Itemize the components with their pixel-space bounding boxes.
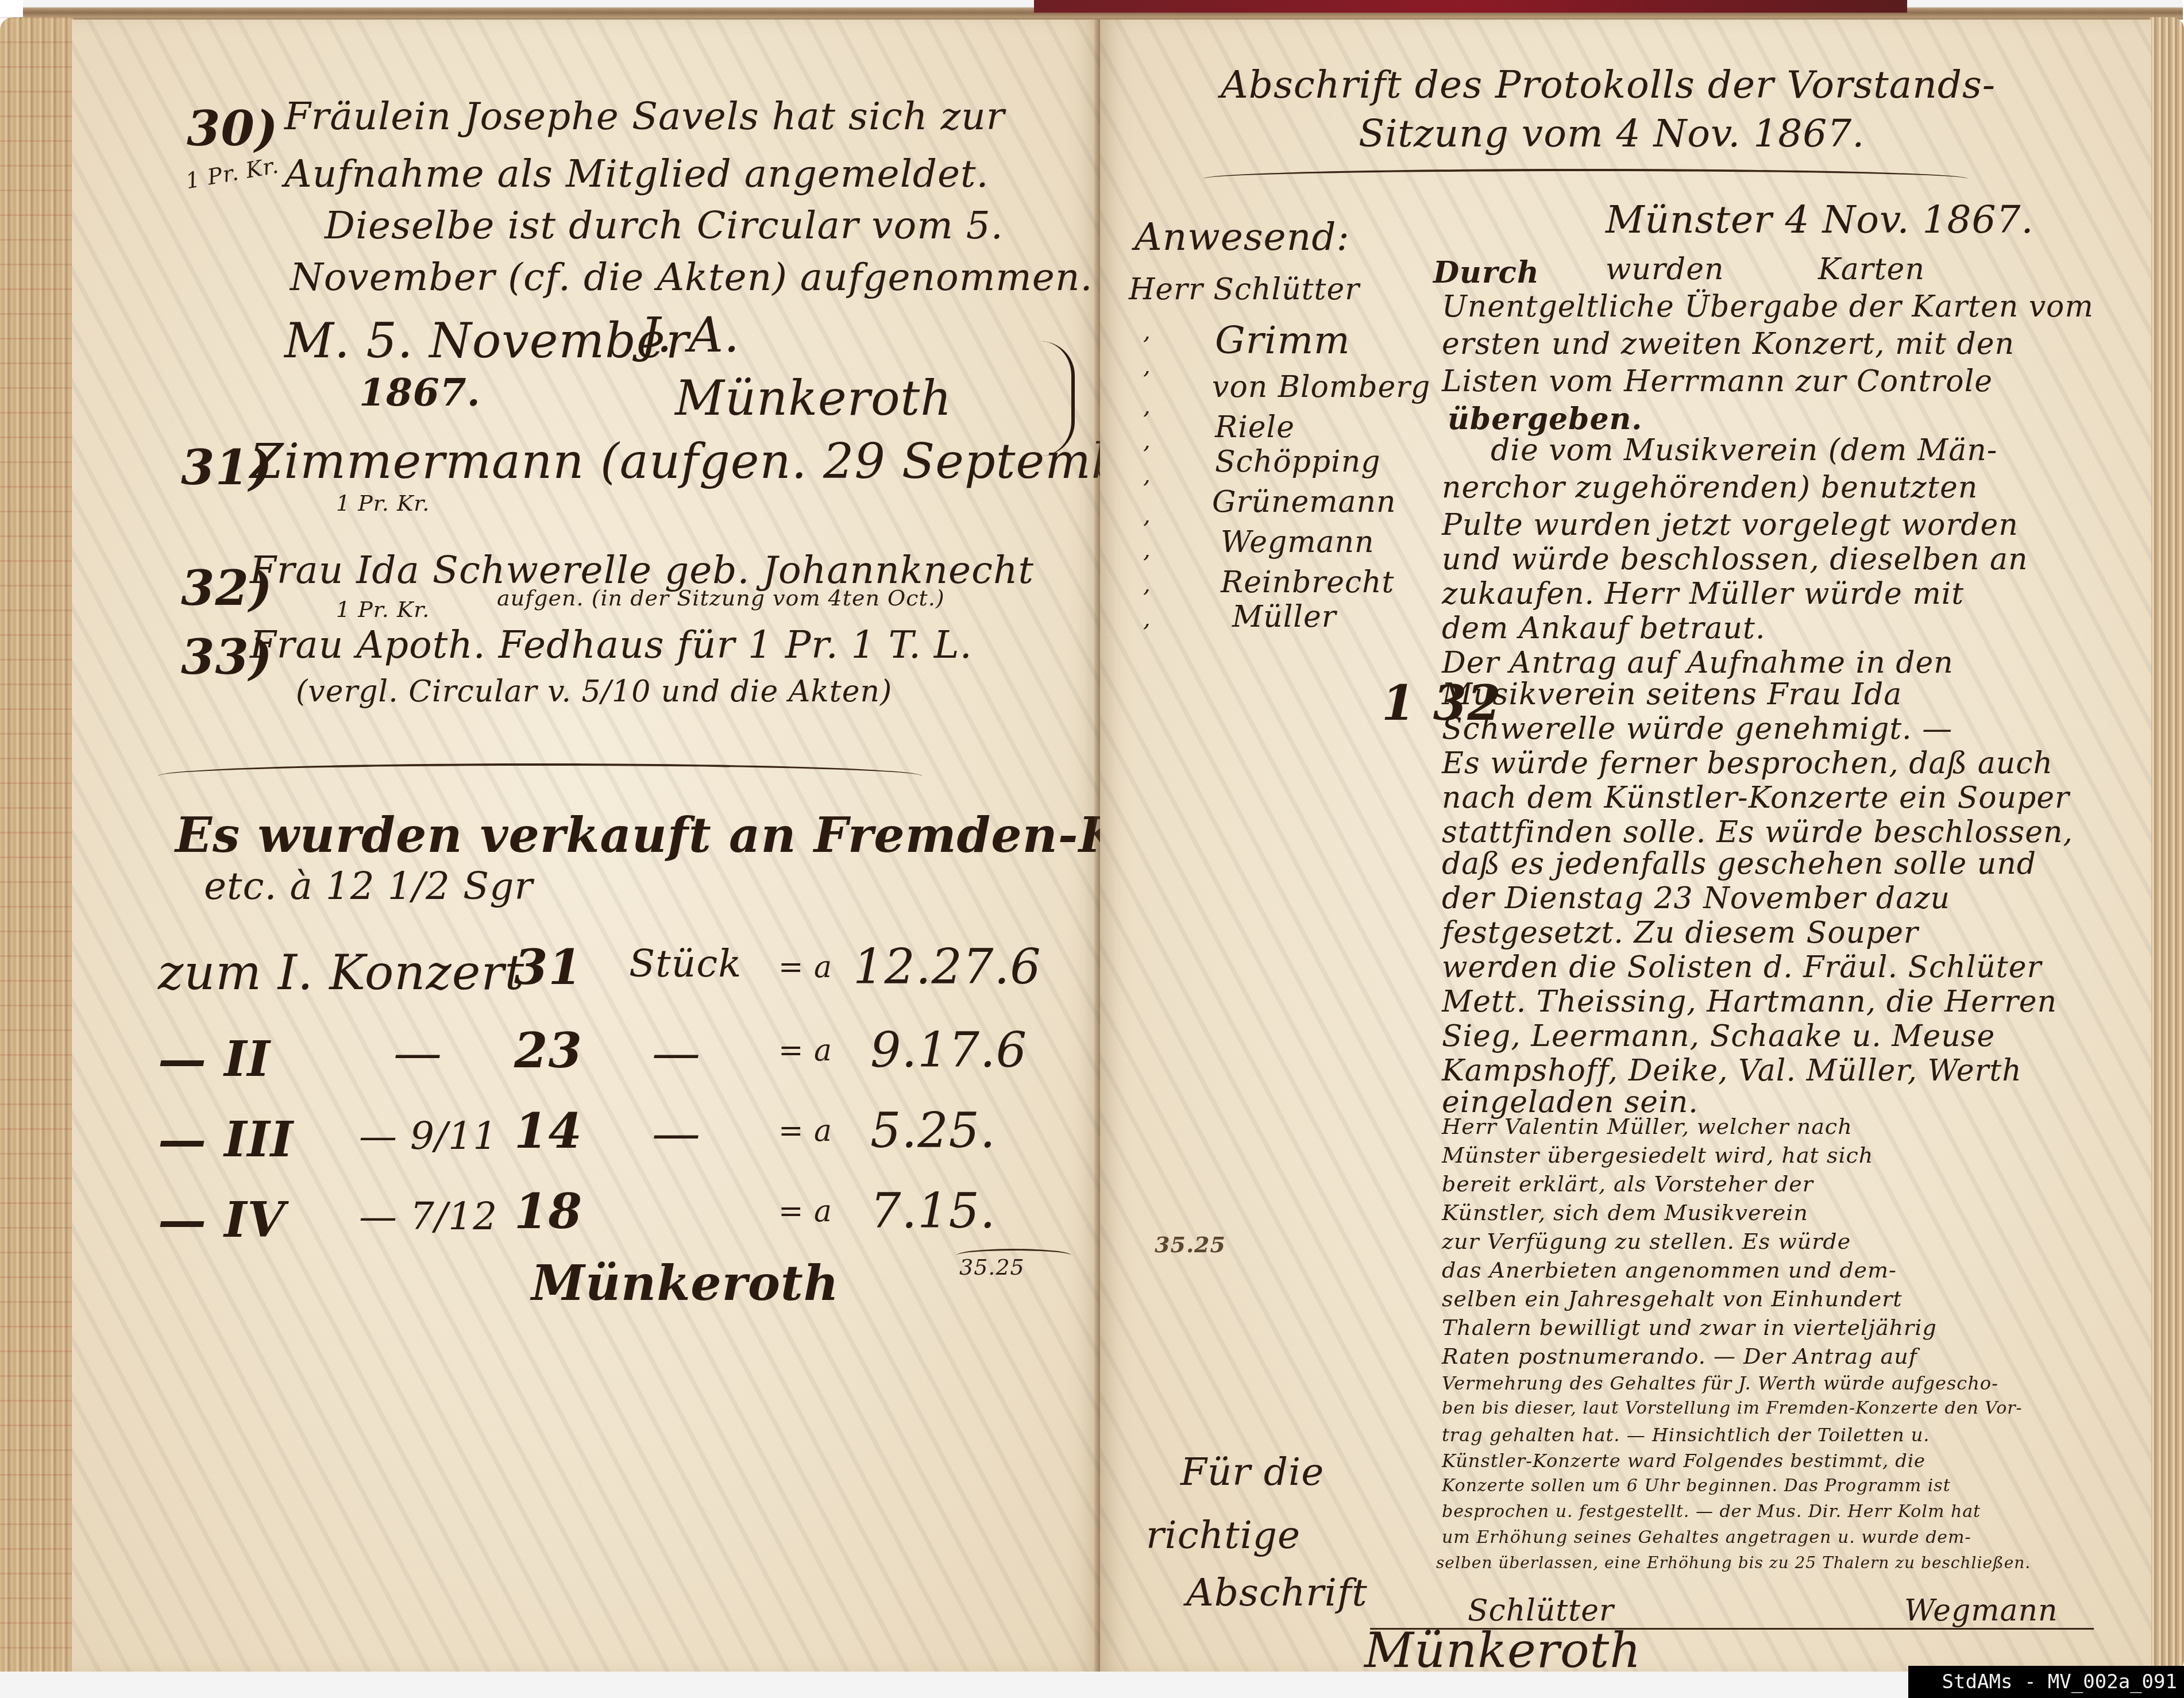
- body-line: festgesetzt. Zu diesem Souper: [1442, 916, 1919, 950]
- equals: = a: [778, 1033, 832, 1068]
- amount: 5.25.: [870, 1102, 996, 1159]
- ticket-count: 31: [514, 939, 582, 995]
- book-page-edges-right: [2150, 17, 2184, 1672]
- body-line: Mett. Theissing, Hartmann, die Herren: [1442, 985, 2057, 1019]
- fraction: — 7/12: [359, 1194, 497, 1238]
- equals: = a: [778, 950, 832, 985]
- present-label: Anwesend:: [1135, 215, 1350, 259]
- left-page: 30) 1 Pr. Kr. Fräulein Josephe Savels ha…: [72, 20, 1100, 1672]
- body-line: zukaufen. Herr Müller würde mit: [1442, 577, 1964, 611]
- concert-label: zum I. Konzert: [158, 944, 524, 1001]
- body-line: Sieg, Leermann, Schaake u. Meuse: [1442, 1019, 1995, 1053]
- entry-line: Frau Apoth. Fedhaus für 1 Pr. 1 T. L.: [250, 623, 973, 667]
- entry-line: Fräulein Josephe Savels hat sich zur: [284, 94, 1005, 138]
- body-line: trag gehalten hat. — Hinsichtlich der To…: [1442, 1424, 1930, 1446]
- signature: Münkeroth: [1364, 1622, 1641, 1678]
- certification-note: Abschrift: [1186, 1570, 1368, 1615]
- ticket-count: 18: [514, 1183, 582, 1240]
- attendee: Reinbrecht: [1221, 565, 1394, 600]
- body-line: um Erhöhung seines Gehaltes angetragen u…: [1442, 1527, 1971, 1548]
- signature: Münkeroth: [531, 1255, 839, 1311]
- attendee: Riele: [1215, 410, 1295, 445]
- body-line: nerchor zugehörenden) benutzten: [1442, 470, 1978, 505]
- body-line: besprochen u. festgestellt. — der Mus. D…: [1442, 1502, 1981, 1522]
- signature: Münkeroth: [675, 370, 952, 426]
- entry-year: 1867.: [359, 370, 481, 415]
- open-ledger-book: 30) 1 Pr. Kr. Fräulein Josephe Savels ha…: [0, 0, 2184, 1698]
- entry-number: 30): [187, 100, 279, 157]
- fraction: — 9/11: [359, 1114, 497, 1158]
- body-line: der Dienstag 23 November dazu: [1442, 881, 1950, 916]
- equals: = a: [778, 1114, 832, 1148]
- body-line: werden die Solisten d. Fräul. Schlüter: [1442, 950, 2042, 985]
- body-line: Künstler-Konzerte ward Folgendes bestimm…: [1442, 1450, 1926, 1472]
- body-line: Konzerte sollen um 6 Uhr beginnen. Das P…: [1442, 1476, 1951, 1496]
- ditto-mark: ,: [1143, 318, 1151, 345]
- concert-label: — II: [158, 1031, 271, 1087]
- ditto-mark: ,: [1143, 502, 1151, 528]
- unit: Stück: [629, 941, 742, 986]
- document-title: Abschrift des Protokolls der Vorstands-: [1221, 63, 1996, 107]
- entry-line: (vergl. Circular v. 5/10 und die Akten): [296, 674, 892, 709]
- body-line: ersten und zweiten Konzert, mit den: [1442, 327, 2015, 361]
- attendee: Schöpping: [1215, 445, 1381, 479]
- margin-amount: 35.25: [1155, 1232, 1226, 1257]
- body-line: daß es jedenfalls geschehen solle und: [1442, 847, 2036, 881]
- concert-label: — III: [158, 1111, 294, 1168]
- entry-line: aufgen. (in der Sitzung vom 4ten Oct.): [497, 585, 945, 611]
- scan-background: [0, 1672, 2184, 1698]
- attendee: von Blomberg: [1212, 370, 1430, 404]
- certification-note: richtige: [1146, 1513, 1301, 1557]
- body-line: nach dem Künstler-Konzerte ein Souper: [1442, 781, 2070, 815]
- concert-label: — IV: [158, 1191, 285, 1248]
- entry-date: M. 5. November: [284, 312, 689, 369]
- body-line: Pulte wurden jetzt vorgelegt worden: [1442, 508, 2019, 542]
- body-line: Listen vom Herrmann zur Controle: [1442, 364, 1993, 399]
- body-line: Es würde ferner besprochen, daß auch: [1442, 746, 2053, 781]
- book-page-edges-left: [0, 17, 74, 1672]
- amount: 7.15.: [870, 1183, 996, 1239]
- body-line: Kampshoff, Deike, Val. Müller, Werth: [1442, 1053, 2022, 1088]
- fraction: —: [393, 1025, 442, 1081]
- margin-note: wurden: [1606, 252, 1724, 287]
- sales-subheading: etc. à 12 1/2 Sgr: [204, 864, 533, 908]
- attendee: Müller: [1232, 600, 1337, 634]
- ditto-mark: ,: [1143, 462, 1151, 488]
- body-line: Musikverein seitens Frau Ida: [1442, 677, 1902, 712]
- place-date: Münster 4 Nov. 1867.: [1606, 198, 2033, 242]
- total-amount: 35.25: [959, 1255, 1025, 1280]
- body-line: die vom Musikverein (dem Män-: [1491, 433, 1997, 468]
- ticket-count: 14: [514, 1102, 582, 1159]
- attendee: Grimm: [1215, 318, 1350, 362]
- document-title: Sitzung vom 4 Nov. 1867.: [1359, 111, 1865, 156]
- amount: 9.17.6: [870, 1022, 1027, 1078]
- attendee: Grünemann: [1212, 485, 1396, 519]
- ditto-mark: ,: [1143, 353, 1151, 379]
- right-page: Abschrift des Protokolls der Vorstands- …: [1100, 20, 2151, 1672]
- body-line: Thalern bewilligt und zwar in vierteljäh…: [1442, 1315, 1937, 1340]
- entry-line: Zimmermann (aufgen. 29 September): [250, 433, 1195, 489]
- body-line: selben überlassen, eine Erhöhung bis zu …: [1436, 1553, 2031, 1572]
- amount: 12.27.6: [853, 939, 1041, 995]
- body-line: Herr Valentin Müller, welcher nach: [1442, 1114, 1853, 1139]
- body-line: Raten postnumerando. — Der Antrag auf: [1442, 1344, 1917, 1369]
- archive-stamp: StdAMs - MV_002a_091: [1908, 1666, 2184, 1698]
- body-line: bereit erklärt, als Vorsteher der: [1442, 1171, 1813, 1197]
- body-line: Münster übergesiedelt wird, hat sich: [1442, 1143, 1873, 1168]
- margin-note: Durch: [1433, 255, 1539, 290]
- certification-note: Für die: [1180, 1450, 1324, 1494]
- entry-line: Aufnahme als Mitglied angemeldet.: [284, 152, 989, 196]
- body-line: dem Ankauf betraut.: [1442, 611, 1765, 646]
- red-cover-edge: [1034, 0, 1907, 13]
- body-line: das Anerbieten angenommen und dem-: [1442, 1257, 1897, 1283]
- body-line: Künstler, sich dem Musikverein: [1442, 1200, 1808, 1225]
- unit: —: [652, 1025, 701, 1081]
- entry-abbrev: J. A.: [640, 307, 740, 363]
- attendee: Wegmann: [1221, 525, 1375, 559]
- body-line: stattfinden solle. Es würde beschlossen,: [1442, 815, 2073, 850]
- margin-note: 1 Pr. Kr.: [336, 491, 430, 516]
- ditto-mark: ,: [1143, 605, 1151, 632]
- body-line: Vermehrung des Gehaltes für J. Werth wür…: [1442, 1372, 1998, 1394]
- body-line: übergeben.: [1448, 402, 1642, 437]
- body-line: zur Verfügung zu stellen. Es würde: [1442, 1229, 1851, 1254]
- margin-note: 1 Pr. Kr.: [336, 597, 430, 622]
- body-line: selben ein Jahresgehalt von Einhundert: [1442, 1286, 1903, 1311]
- entry-line: November (cf. die Akten) aufgenommen.: [290, 255, 1093, 299]
- ditto-mark: ,: [1143, 393, 1151, 419]
- ticket-count: 23: [514, 1022, 582, 1079]
- ditto-mark: ,: [1143, 571, 1151, 597]
- divider-flourish: [1203, 169, 1967, 188]
- body-line: und würde beschlossen, dieselben an: [1442, 542, 2028, 577]
- signature: Wegmann: [1904, 1593, 2058, 1628]
- ditto-mark: ,: [1143, 427, 1151, 454]
- unit: —: [652, 1105, 701, 1161]
- margin-note: 1 Pr. Kr.: [184, 153, 281, 194]
- body-line: Der Antrag auf Aufnahme in den: [1442, 646, 1954, 680]
- margin-note: Karten: [1818, 252, 1925, 287]
- body-line: Unentgeltliche Übergabe der Karten vom: [1442, 290, 2094, 324]
- divider-flourish: [158, 763, 922, 789]
- entry-line: Dieselbe ist durch Circular vom 5.: [325, 203, 1004, 248]
- body-line: ben bis dieser, laut Vorstellung im Frem…: [1442, 1398, 2023, 1418]
- body-line: Schwerelle würde genehmigt. —: [1442, 712, 1953, 746]
- equals: = a: [778, 1194, 832, 1229]
- ditto-mark: ,: [1143, 537, 1151, 563]
- attendee: Herr Schlütter: [1129, 272, 1360, 307]
